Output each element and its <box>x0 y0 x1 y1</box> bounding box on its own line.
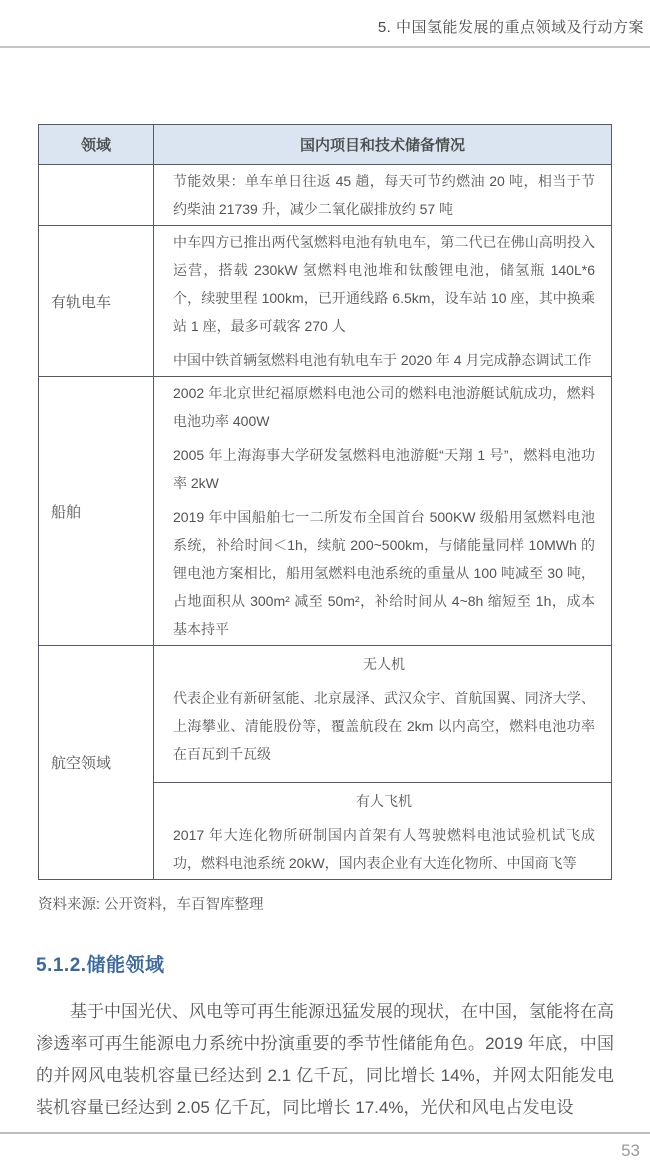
aviation-section-manned: 有人飞机 2017 年大连化物所研制国内首架有人驾驶燃料电池试验机试飞成功，燃料… <box>154 782 611 877</box>
table-paragraph: 2017 年大连化物所研制国内首架有人驾驶燃料电池试验机试飞成功，燃料电池系统 … <box>173 821 595 877</box>
table-paragraph: 代表企业有新研氢能、北京晟泽、武汉众宇、首航国翼、同济大学、上海攀业、清能股份等… <box>173 684 595 768</box>
table-row-aviation: 航空领域 无人机 代表企业有新研氢能、北京晟泽、武汉众宇、首航国翼、同济大学、上… <box>39 646 612 880</box>
table-row-energy-saving: 节能效果：单车单日往返 45 趟，每天可节约燃油 20 吨，相当于节约柴油 21… <box>39 165 612 226</box>
section-heading: 5.1.2.储能领域 <box>36 950 612 977</box>
running-header-title: 5. 中国氢能发展的重点领域及行动方案 <box>378 19 644 36</box>
row-content: 中车四方已推出两代氢燃料电池有轨电车，第二代已在佛山高明投入运营，搭载 230k… <box>154 226 612 377</box>
row-content: 2002 年北京世纪福原燃料电池公司的燃料电池游艇试航成功，燃料电池功率 400… <box>154 377 612 646</box>
footer-divider <box>0 1132 650 1134</box>
column-header-field: 领域 <box>39 125 154 165</box>
row-content: 节能效果：单车单日往返 45 趟，每天可节约燃油 20 吨，相当于节约柴油 21… <box>154 165 612 226</box>
field-label <box>39 165 154 226</box>
field-label: 有轨电车 <box>39 226 154 377</box>
field-label: 船舶 <box>39 377 154 646</box>
subsection-title: 无人机 <box>173 650 595 678</box>
table-paragraph: 中车四方已推出两代氢燃料电池有轨电车，第二代已在佛山高明投入运营，搭载 230k… <box>173 228 595 340</box>
document-page: 5. 中国氢能发展的重点领域及行动方案 领域 国内项目和技术储备情况 节能效果：… <box>0 0 650 1169</box>
page-header: 5. 中国氢能发展的重点领域及行动方案 <box>0 0 650 37</box>
table-row-ships: 船舶 2002 年北京世纪福原燃料电池公司的燃料电池游艇试航成功，燃料电池功率 … <box>39 377 612 646</box>
table-paragraph: 2005 年上海海事大学研发氢燃料电池游艇“天翔 1 号”，燃料电池功率 2kW <box>173 441 595 497</box>
column-header-projects: 国内项目和技术储备情况 <box>154 125 612 165</box>
projects-table: 领域 国内项目和技术储备情况 节能效果：单车单日往返 45 趟，每天可节约燃油 … <box>38 124 612 880</box>
row-content: 无人机 代表企业有新研氢能、北京晟泽、武汉众宇、首航国翼、同济大学、上海攀业、清… <box>154 646 612 880</box>
table-header-row: 领域 国内项目和技术储备情况 <box>39 125 612 165</box>
aviation-section-drones: 无人机 代表企业有新研氢能、北京晟泽、武汉众宇、首航国翼、同济大学、上海攀业、清… <box>173 648 595 774</box>
source-note: 资料来源: 公开资料，车百智库整理 <box>38 893 612 914</box>
table-row-tram: 有轨电车 中车四方已推出两代氢燃料电池有轨电车，第二代已在佛山高明投入运营，搭载… <box>39 226 612 377</box>
body-paragraph: 基于中国光伏、风电等可再生能源迅猛发展的现状，在中国，氢能将在高渗透率可再生能源… <box>36 996 614 1124</box>
table-paragraph: 节能效果：单车单日往返 45 趟，每天可节约燃油 20 吨，相当于节约柴油 21… <box>173 167 595 223</box>
subsection-title: 有人飞机 <box>173 787 595 815</box>
table-paragraph: 2019 年中国船舶七一二所发布全国首台 500KW 级船用氢燃料电池系统，补给… <box>173 503 595 643</box>
table-paragraph: 中国中铁首辆氢燃料电池有轨电车于 2020 年 4 月完成静态调试工作 <box>173 346 595 374</box>
header-divider <box>0 46 650 48</box>
table-paragraph: 2002 年北京世纪福原燃料电池公司的燃料电池游艇试航成功，燃料电池功率 400… <box>173 379 595 435</box>
page-number: 53 <box>621 1141 640 1161</box>
field-label: 航空领域 <box>39 646 154 880</box>
